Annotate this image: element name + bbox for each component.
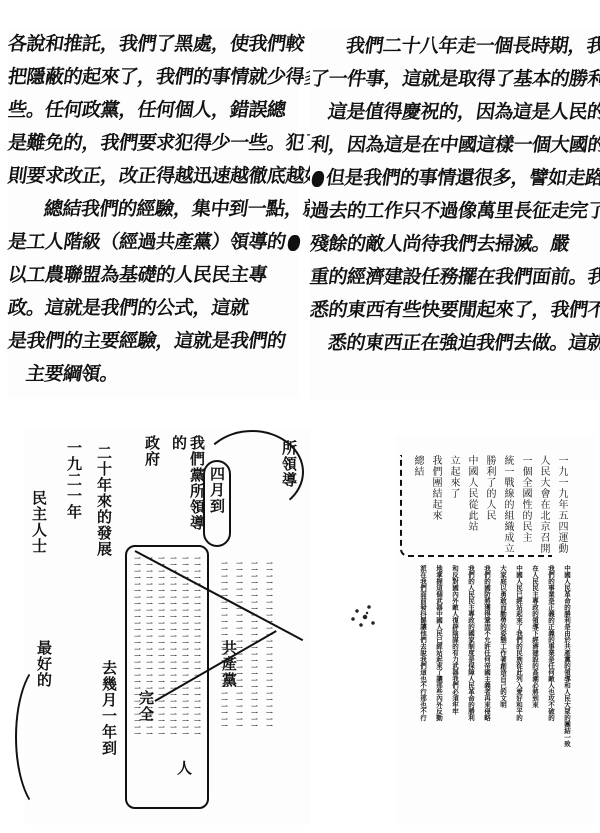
ink-blot — [286, 235, 300, 251]
manuscript-line: 把隱蔽的起來了，我們的事情就少得多 — [6, 61, 301, 94]
manuscript-line: 但是我們的事情還很多，譬如走路， — [308, 162, 600, 195]
annotation-column: 一個全國性的民主 — [519, 455, 531, 555]
annotation-column: 總結 — [411, 455, 423, 515]
manuscript-line: 重的經濟建設任務擺在我們面前。我們熟 — [308, 261, 600, 294]
handwritten-column: 完全 — [137, 690, 155, 750]
manuscript-line: 悉的東西正在強迫我們去做。這就是困難。 — [308, 327, 600, 360]
handwritten-column: 我們黨所領導的 — [170, 435, 206, 545]
handwritten-column: 人 — [175, 760, 193, 790]
printed-column: 大家庭以勇敢而勤勞的姿態工作著創造自己的文明 — [499, 565, 507, 795]
ink-speckle — [345, 595, 385, 635]
revision-curve — [200, 430, 304, 514]
printed-column: 一一一一一一一一一一一一一一一一一一一一一一一一一一一一 — [145, 555, 153, 795]
ink-blot — [311, 171, 325, 187]
annotation-column: 統一戰線的組織成立 — [501, 455, 513, 555]
manuscript-line: 悉的東西有些快要閒起來了，我們不熟 — [308, 294, 600, 327]
printed-column: 中國人民革命的勝利是由於共產黨的領導和人民大眾的團結一致 — [563, 565, 571, 795]
printed-column: 我們的人民民主專政的國家制度是保障人民革命的勝利 — [467, 565, 475, 795]
printed-column: 地掌握這個武器中國人民已經站起來了讓那些內外反動 — [435, 565, 443, 795]
printed-column: 我們的事業是正義的正義的事業是任何敵人也攻不破的 — [547, 565, 555, 795]
manuscript-line: 些。任何政黨，任何個人，錯誤總 — [6, 94, 301, 127]
manuscript-line: 主要綱領。 — [6, 358, 301, 391]
manuscript-line: 是工人階級（經過共產黨）領導的 — [6, 226, 301, 259]
printed-column: 在人民民主專政的領導下經濟建設的高潮必將到來 — [531, 565, 539, 795]
manuscript-line: 總結我們的經驗，集中到一點，就 — [6, 193, 301, 226]
printed-page-bottom-right: 一九一九年五四運動 人民大會在北京召開 一個全國性的民主 統一戰線的組織成立 勝… — [395, 435, 595, 825]
annotation-column: 勝利了的人民 — [483, 455, 495, 555]
manuscript-line: 過去的工作只不過像萬里長征走完了第一步。 — [308, 195, 600, 228]
manuscript-line: 這是值得慶祝的，因為這是人民的勝 — [308, 96, 600, 129]
handwritten-column: 民主人士 — [30, 490, 48, 630]
annotation-column: 我們團結起來 — [429, 455, 441, 555]
manuscript-page-top-left: 各說和推託，我們了黑處，使我們較 把隱蔽的起來了，我們的事情就少得多 些。任何政… — [8, 28, 298, 398]
manuscript-page-top-right: 我們二十八年走一個長時期，我們僅僅做 了一件事，這就是取得了基本的勝利。 這是值… — [310, 30, 598, 400]
annotation-column: 一九一九年五四運動 — [555, 455, 567, 555]
printed-column: 派在我們面前發抖罷讓他們去說我們這也不行那也不行 — [419, 565, 427, 795]
handwritten-column: 去幾月一年到 — [100, 660, 118, 830]
manuscript-line: 殘餘的敵人尚待我們去掃滅。嚴 — [308, 228, 600, 261]
annotation-column: 立起來了 — [447, 455, 459, 555]
revision-curve — [15, 660, 79, 814]
manuscript-line: 是難免的，我們要求犯得少一些。犯了錯誤 — [6, 127, 301, 160]
annotation-column: 中國人民從此站 — [465, 455, 477, 555]
manuscript-line: 政。這就是我們的公式，這就 — [6, 292, 301, 325]
handwritten-column: 政府 — [143, 435, 161, 545]
manuscript-page-bottom-left: 一一一一一一一一一一一一一一一一一一一一一一一一一一一一 一一一一一一一一一一一… — [25, 430, 310, 825]
printed-column: 一一一一一一一一一一一一一一一一一一一一一一一一一一一一 — [181, 555, 189, 795]
annotation-column: 人民大會在北京召開 — [537, 455, 549, 555]
printed-column: 一一一一一一一一一一一一一一一一一一一一一一一一一一 — [250, 560, 258, 790]
printed-column: 和反對國內外敵人復辟陰謀的有力武器我們必須牢牢 — [451, 565, 459, 795]
printed-column: 一一一一一一一一一一一一一一一一一一一一一一一一一一一一 — [133, 555, 141, 795]
manuscript-line: 是我們的主要經驗，這就是我們的 — [6, 325, 301, 358]
manuscript-line: 我們二十八年走一個長時期，我們僅僅做 — [308, 30, 600, 63]
printed-column: 一一一一一一一一一一一一一一一一一一一一一一一一一一一一 — [157, 555, 165, 795]
printed-column: 中國人民已經站起來了我們的民族從此列入愛好和平的 — [515, 565, 523, 795]
handwritten-column: 二十年來的發展 — [95, 445, 113, 645]
handwritten-column: 一九二一年 — [65, 440, 83, 660]
manuscript-line: 各說和推託，我們了黑處，使我們較 — [6, 28, 301, 61]
manuscript-line: 利，因為這是在中國這樣一個大國的勝利。 — [308, 129, 600, 162]
printed-column: 一一一一一一一一一一一一一一一一一一一一一一一一一一一一 — [169, 555, 177, 795]
printed-column: 我們的國防將獲得鞏固不允許任何帝國主義者再來侵略 — [483, 565, 491, 795]
manuscript-line: 了一件事，這就是取得了基本的勝利。 — [308, 63, 600, 96]
printed-column: 一一一一一一一一一一一一一一一一一一一一一一一一一一 — [265, 560, 273, 790]
manuscript-line: 則要求改正，改正得越迅速越徹底越好。 — [6, 160, 301, 193]
manuscript-line: 以工農聯盟為基礎的人民民主專 — [6, 259, 301, 292]
